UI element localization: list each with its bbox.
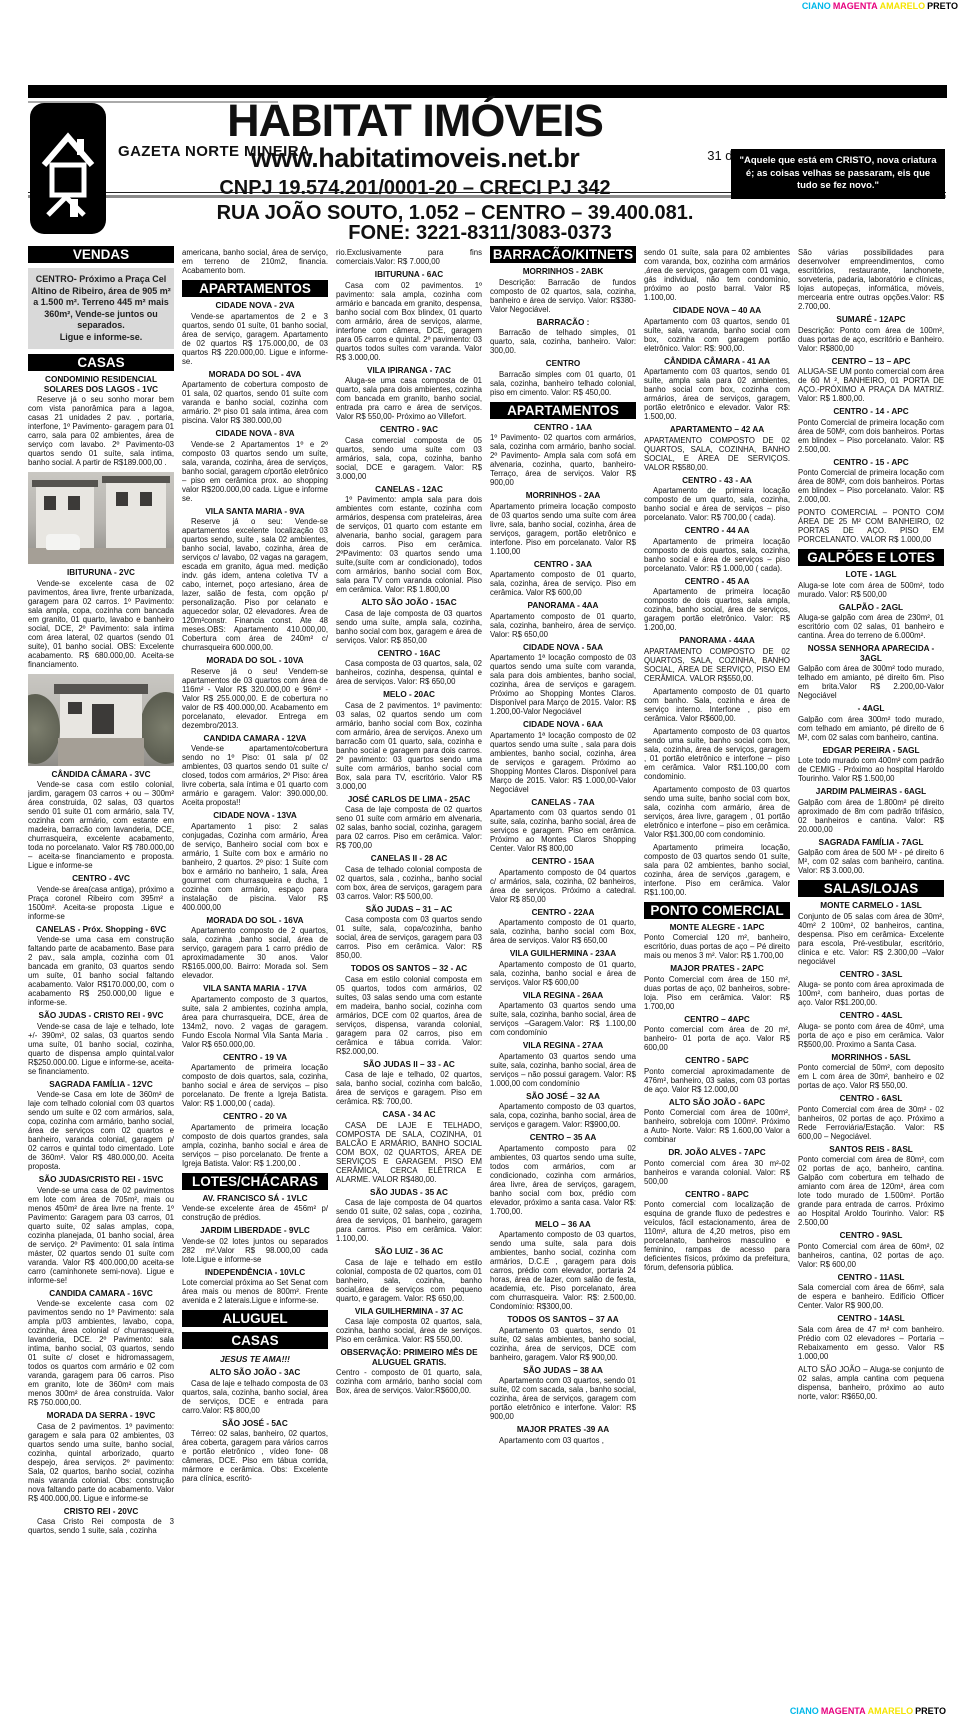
ad-body: CASA DE LAJE E TELHADO, COMPOSTA DE SALA… [336,1121,482,1184]
ad-title: SAGRADA FAMÍLIA - 7AGL [798,838,944,848]
classified-ad: ALTO SÃO JOÃO - 15ACCasa de laje compost… [336,598,482,645]
ad-body: Casa Cristo Rei composta de 3 quartos, s… [28,1517,174,1535]
classified-ad: MELO - 20ACCasa de 2 pavimentos. 1º pavi… [336,690,482,791]
classified-ad: VILA GUILHERMINA - 23AAApartamento compo… [490,949,636,987]
ad-body: Ponto Comercial com área de 150 m², duas… [644,975,790,1011]
columns: VENDASCENTRO- Próximo a Praça Cel Altino… [28,244,947,1706]
classified-ad: SANTOS REIS - 8ASLPonto comercial com ár… [798,1145,944,1228]
ad-title: CENTRO - 44 AA [644,526,790,536]
ad-title: CENTRO - 11ASL [798,1273,944,1283]
ad-body: Apartamento primeira locação composto de… [490,502,636,556]
classified-ad: CENTRO - 20 VAApartamento de primeira lo… [182,1112,328,1168]
column-1: VENDASCENTRO- Próximo a Praça Cel Altino… [28,244,174,1706]
classified-ad: CIDADE NOVA - 13VAApartamento 1 piso: 2 … [182,811,328,912]
registration-word: MAGENTA [833,1,878,11]
classified-ad: EDGAR PEREIRA - 5AGLLote todo murado com… [798,746,944,784]
ad-title: TODOS OS SANTOS – 32 - AC [336,964,482,974]
classified-ad: SÃO JUDAS - CRISTO REI - 9VCVende-se cas… [28,1011,174,1076]
ad-body: Vende-se casa de laje e telhado, lote +/… [28,1022,174,1076]
classified-ad: CENTRO – 35 AAApartamento composto para … [490,1133,636,1216]
ad-body: Descrição: Ponto com área de 100m², duas… [798,326,944,353]
classified-ad: CANELAS II - 28 ACCasa de telhado coloni… [336,854,482,901]
ad-title: CENTRO - 9ASL [798,1231,944,1241]
ad-title: CANDIDA CAMARA - 12VA [182,734,328,744]
ad-body: Ponto comercial com área 30 m²-02 banhei… [644,1159,790,1186]
ad-body: Térreo: 02 salas, banheiro, 02 quartos, … [182,1429,328,1483]
ad-body: Vende-se área(casa antiga), próximo a Pr… [28,885,174,921]
ad-body: Vende-se apartamentos de 2 e 3 quartos, … [182,312,328,366]
registration-word: CIANO [790,1706,819,1716]
ad-title: SÃO JUDAS – 31 – AC [336,905,482,915]
classified-ad: IBITURUNA - 2VCVende-se excelente casa d… [28,568,174,669]
classified-ad: CENTRO - 43 - AAApartamento de primeira … [644,476,790,523]
registration-word: AMARELO [868,1706,914,1716]
ad-title: CANELAS - 7AA [490,798,636,808]
agency-website: www.habitatimoveis.net.br [115,143,715,174]
classified-ad: CIDADE NOVA – 40 AAApartamento com 03 qu… [644,306,790,353]
registration-word: AMARELO [880,1,926,11]
ad-body: Casa de 2 pavimentos. 1º pavimento: gara… [28,1422,174,1503]
classified-ad: CENTRO - 4VCVende-se área(casa antiga), … [28,874,174,921]
ad-body: Apartamento composto de 04 quartos c/ ar… [490,868,636,904]
ad-body: Ponto Comercial com área de 100m², banhe… [644,1108,790,1144]
ad-title: SÃO JOSÉ - 5AC [182,1419,328,1429]
ad-title: SÃO JUDAS - CRISTO REI - 9VC [28,1011,174,1021]
ad-body: Casa em estilo colonial composta em 05 q… [336,975,482,1056]
ad-title: CIDADE NOVA – 40 AA [644,306,790,316]
ad-body: Reserve já o seu sonho morar bem com vis… [28,395,174,467]
classified-ad: VILA IPIRANGA - 7ACAluga-se uma casa com… [336,366,482,422]
ad-body: Centro - composto de 01 quarto, sala, co… [336,1368,482,1395]
classified-ad: CENTRO - 19 VAApartamento de primeira lo… [182,1053,328,1109]
ad-title: ALTO SÃO JOÃO - 15AC [336,598,482,608]
ad-body: Ponto Comercial de primeira locação com … [798,418,944,454]
ad-body: Apartamento composto de 03 quartos, send… [490,1230,636,1311]
classified-ad: SÃO JUDAS – 31 – ACCasa composta com 03 … [336,905,482,961]
classified-ad: CÂNDIDA CÂMARA - 41 AAApartamento com 03… [644,357,790,422]
ad-body: Galpão com área 300m² todo murado, com t… [798,715,944,742]
ad-title: PANORAMA - 44AA [644,636,790,646]
ad-title: CENTRO - 14ASL [798,1314,944,1324]
classified-ad: CANDIDA CAMARA - 16VCVende-se excelente … [28,1289,174,1408]
registration-word: MAGENTA [821,1706,866,1716]
ad-title: CENTRO - 9AC [336,425,482,435]
ad-title: PANORAMA - 4AA [490,601,636,611]
ad-body: Conjunto de 05 salas com área de 30m², 4… [798,912,944,966]
ad-body: Lote comercial próxima ao Set Senat com … [182,1278,328,1305]
ad-body: Apartamento 1ª locação composto de 03 qu… [490,653,636,716]
classified-ad: TODOS OS SANTOS – 32 - ACCasa em estilo … [336,964,482,1056]
ad-title: IBITURUNA - 2VC [28,568,174,578]
classified-ad: MORADA DO SOL - 10VAReserve já o seu! Ve… [182,656,328,730]
ad-body: Ponto comercial com área de 80m², com 02… [798,1155,944,1227]
ad-title: CIDADE NOVA - 5AA [490,643,636,653]
ad-title: MONTE ALEGRE - 1APC [644,923,790,933]
ad-title: APARTAMENTO – 42 AA [644,425,790,435]
classified-ad: MELO – 36 AAApartamento composto de 03 q… [490,1220,636,1312]
classified-ad: CONDOMINIO RESIDENCIAL SOLARES DOS LAGOS… [28,375,174,467]
ad-body: Vende-se Casa em lote de 360m² de laje c… [28,1090,174,1171]
classified-ad: ALTO SÃO JOÃO - 6APCPonto Comercial com … [644,1098,790,1145]
classified-ad: CANELAS - 7AAApartamento com 03 quartos … [490,798,636,854]
ad-body: Casa de telhado colonial composta de 02 … [336,865,482,901]
ad-body: Ponto Comercial 120 m², banheiro, escrit… [644,933,790,960]
ad-body: Vende-se uma casa em construção faltando… [28,935,174,1007]
classified-ad: CENTRO - 22AAApartamento composto de 01 … [490,908,636,946]
ad-body: Apartamento 1ª locação composto de 02 qu… [490,731,636,794]
classified-ad: SÃO JOSÉ – 32 AAApartamento composto de … [490,1092,636,1130]
classified-ad: SÃO JUDAS – 38 AAApartamento com 03 quar… [490,1366,636,1422]
ad-body: Casa comercial composta de 05 quartos, s… [336,436,482,481]
ad-title: SÃO JUDAS - 35 AC [336,1188,482,1198]
classified-ad: LOTE - 1AGLAluga-se lote com área de 500… [798,570,944,599]
ad-title: MORRINHOS - 2AA [490,491,636,501]
ad-title: CENTRO - 3AA [490,560,636,570]
ad-body: Apartamento com 03 quartos sendo 01 suit… [490,808,636,853]
ad-body: Vende-se excelente casa com 02 pavimento… [28,1299,174,1407]
ad-body: Apartamento 1 piso: 2 salas conjugadas, … [182,822,328,912]
ad-body-continuation: americana, banho social, área de serviço… [182,248,328,275]
ad-title: JARDIM PALMEIRAS - 6AGL [798,787,944,797]
ad-body: Apartamento composto de 01 quarto, sala,… [490,918,636,945]
ad-title: CENTRO - 8APC [644,1190,790,1200]
classified-ad: OBSERVAÇÃO: PRIMEIRO MÊS DE ALUGUEL GRAT… [336,1348,482,1395]
classified-ad: CENTRO - 1AA1º Pavimento- 02 quartos com… [490,423,636,488]
ad-body: Apartamento 03 quartos, sendo 01 suíte, … [490,1326,636,1362]
classified-ad: IBITURUNA - 6ACCasa com 02 pavimentos. 1… [336,270,482,362]
ad-title: CENTRO – 35 AA [490,1133,636,1143]
ad-title: SÃO JOSÉ – 32 AA [490,1092,636,1102]
section-header: CASAS [28,354,174,371]
ad-title: INDEPENDÊNCIA - 10VLC [182,1268,328,1278]
ad-title: CENTRO - 20 VA [182,1112,328,1122]
classified-ad: MONTE ALEGRE - 1APCPonto Comercial 120 m… [644,923,790,961]
ad-title: CENTRO - 15 - APC [798,458,944,468]
classified-ad: CENTRO - 9ASLPonto Comercial com área de… [798,1231,944,1269]
house-icon [30,103,106,234]
ad-body: Reserve já o seu! Vendem-se apartamentos… [182,667,328,730]
ad-title: CENTRO - 4VC [28,874,174,884]
ad-body: Aluga-se uma casa composta de 01 quarto,… [336,376,482,421]
column-5: sendo 01 suíte, sala para 02 ambientes c… [644,244,790,1706]
section-header: PONTO COMERCIAL [644,902,790,919]
ad-body: Apartamento com 03 quartos, sendo 01 suí… [644,367,790,421]
ad-body-continuation: Apartamento primeira locação, composto d… [644,843,790,897]
ad-title: CENTRO – 13 – APC [798,357,944,367]
ad-body: Vende-se apartamento/cobertura sendo no … [182,744,328,807]
ad-body: APARTAMENTO COMPOSTO DE 02 QUARTOS, SALA… [644,647,790,683]
classified-ad: CIDADE NOVA - 8VAVende-se 2 Apartamentos… [182,429,328,503]
ad-title: VILA REGINA - 27AA [490,1041,636,1051]
classified-ad: SUMARÉ - 12APCDescrição: Ponto com área … [798,315,944,353]
classified-ad: PANORAMA - 4AAApartamento composto de 01… [490,601,636,639]
ad-body: Apartamento composto de 01 quarto, sala,… [490,612,636,639]
ad-title: CENTRO - 1AA [490,423,636,433]
ad-title: IBITURUNA - 6AC [336,270,482,280]
ad-body: Galpão com área de 300m² todo murado, te… [798,664,944,700]
ad-title: CIDADE NOVA - 2VA [182,301,328,311]
ad-title: SANTOS REIS - 8ASL [798,1145,944,1155]
ad-body: Vende-se uma casa de 02 pavimentos em lo… [28,1186,174,1285]
ad-title: OBSERVAÇÃO: PRIMEIRO MÊS DE ALUGUEL GRAT… [336,1348,482,1367]
column-2: americana, banho social, área de serviço… [182,244,328,1706]
ad-body: 1º Pavimento: ampla sala para dois ambie… [336,495,482,594]
classified-ad: SÃO JUDAS II – 33 - ACCasa de laje e tel… [336,1060,482,1107]
ad-body: Apartamento de primeira locação composto… [182,1123,328,1168]
ad-title: DR. JOÃO ALVES - 7APC [644,1148,790,1158]
ad-title: MORRINHOS - 5ASL [798,1053,944,1063]
classified-ad: ALTO SÃO JOÃO - 3ACCasa de laje e telhad… [182,1368,328,1415]
classified-ad: CENTRO - 44 AAApartamento de primeira lo… [644,526,790,573]
ad-title: MAJOR PRATES -39 AA [490,1425,636,1435]
ad-title: MORADA DO SOL - 16VA [182,916,328,926]
agency-cnpj-creci: CNPJ 19.574.201/0001-20 – CRECI PJ 342 [115,177,715,200]
agency-phone: FONE: 3221-8311/3083-0373 [200,222,760,245]
classified-ad: CENTRO - 15 - APCPonto Comercial de prim… [798,458,944,505]
ad-title: SUMARÉ - 12APC [798,315,944,325]
condo-houses-photo [28,472,174,564]
classified-ad: MAJOR PRATES - 2APCPonto Comercial com á… [644,964,790,1011]
ad-title: CIDADE NOVA - 8VA [182,429,328,439]
ad-body: Vende-se casa com estilo colonial, jardi… [28,780,174,870]
bible-quote-box: "Aquele que está em CRISTO, nova criatur… [731,149,945,199]
ad-body: Lote todo murado com 400m² com padrão de… [798,756,944,783]
ad-body: Apartamento de primeira locação composto… [644,587,790,632]
classified-ad: CIDADE NOVA - 6AAApartamento 1ª locação … [490,720,636,794]
ad-title: CENTRO - 4ASL [798,1011,944,1021]
classified-ad: MORRINHOS - 2ABKDescrição: Barracão de f… [490,267,636,314]
classified-ad: JARDIM PALMEIRAS - 6AGLGalpão com área d… [798,787,944,834]
ad-title: MORADA DA SERRA - 19VC [28,1411,174,1421]
ad-title: CENTRO - 6ASL [798,1094,944,1104]
classified-ad: MONTE CARMELO - 1ASLConjunto de 05 salas… [798,901,944,966]
classified-ad: CENTRO - 45 AAApartamento de primeira lo… [644,577,790,633]
section-header: BARRACÃO/KITNETS [490,246,636,263]
ad-body: Apartamento de primeira locação composto… [644,537,790,573]
ad-title: CENTRO - 22AA [490,908,636,918]
classified-ad: SÃO LUIZ - 36 ACCasa de laje e telhado e… [336,1247,482,1303]
ad-title: CIDADE NOVA - 13VA [182,811,328,821]
classified-ad: SÃO JUDAS/CRISTO REI - 15VCVende-se uma … [28,1175,174,1285]
classified-ad: MORRINHOS - 2AAApartamento primeira loca… [490,491,636,556]
classified-ad: CASA - 34 ACCASA DE LAJE E TELHADO, COMP… [336,1110,482,1184]
ad-body: Vende-se 02 lotes juntos ou separados 28… [182,1237,328,1264]
classified-ad: BARRACÃO :Barracão de telhado simples, 0… [490,318,636,356]
classified-ad: MAJOR PRATES -39 AAApartamento com 03 qu… [490,1425,636,1445]
section-header: GALPÕES E LOTES [798,549,944,566]
ad-body: Aluga- se ponto com área de 40m², uma po… [798,1022,944,1049]
ad-title: CENTRO - 43 - AA [644,476,790,486]
ad-title: CENTRO - 5APC [644,1056,790,1066]
classified-ad: CENTRO - 4ASLAluga- se ponto com área de… [798,1011,944,1049]
ad-body: Casa de laje composta de 02 quartos seno… [336,805,482,850]
classified-ad: CENTRO - 3AAApartamento composto de 01 q… [490,560,636,598]
ad-body: Apartamento 03 quartos sendo uma suíte, … [490,1001,636,1037]
classified-ad: CENTRO - 9ACCasa comercial composta de 0… [336,425,482,481]
slogan-line: JESUS TE AMA!!! [182,1354,328,1364]
classified-ad: CANELAS - Próx. Shopping - 6VCVende-se u… [28,925,174,1008]
ad-title: LOTE - 1AGL [798,570,944,580]
classified-ad: CENTRO - 8APCPonto comercial com localiz… [644,1190,790,1273]
ad-title: VILA SANTA MARIA - 9VA [182,507,328,517]
classified-ad: CENTRO - 14 - APCPonto Comercial de prim… [798,407,944,454]
section-header: SALAS/LOJAS [798,880,944,897]
ad-title: VILA GUILHERMINA - 23AA [490,949,636,959]
ad-title: MONTE CARMELO - 1ASL [798,901,944,911]
ad-body-continuation: Apartamento composto de 03 quartos sendo… [644,727,790,781]
ad-body-continuation: sendo 01 suíte, sala para 02 ambientes c… [644,248,790,302]
ad-title: VILA SANTA MARIA - 17VA [182,984,328,994]
classified-ad: CIDADE NOVA - 2VAVende-se apartamentos d… [182,301,328,366]
ad-title: GALPÃO - 2AGL [798,603,944,613]
classified-ad: CRISTO REI - 20VCCasa Cristo Rei compost… [28,1507,174,1536]
classified-ad: MORRINHOS - 5ASLPonto comercial de 50m²,… [798,1053,944,1091]
ad-body: Apartamento composto de 03 quartos, sala… [490,1102,636,1129]
ad-body: Casa de laje composta de 03 quartos send… [336,609,482,645]
ad-body: Galpão com área de 1.800m² pé direito ap… [798,798,944,834]
column-6: São várias possibilidades para desenvolv… [798,244,944,1706]
ad-body: Aluga-se galpão com área de 230m², 01 es… [798,613,944,640]
color-registration-bottom: CIANOMAGENTAAMARELOPRETO [788,1706,946,1716]
ad-body-continuation: ALTO SÃO JOÃO – Aluga-se conjunto de 02 … [798,1365,944,1401]
classified-ad: CENTRO - 16ACCasa composta de 03 quartos… [336,649,482,687]
section-header: CASAS [182,1332,328,1349]
ad-body: Ponto comercial de 50m², com deposito em… [798,1063,944,1090]
ad-title: SÃO JUDAS/CRISTO REI - 15VC [28,1175,174,1185]
ad-body: Galpão com área de 500 M² - pé direito 6… [798,848,944,875]
color-registration-top: CIANOMAGENTAAMARELOPRETO [800,1,958,11]
ad-body: Ponto comercial com localização de esqui… [644,1200,790,1272]
ad-body: Apartamento composto de 3 quartos, suite… [182,995,328,1049]
ad-body: Apartamento de primeira locação composto… [182,1063,328,1108]
ad-title: MORADA DO SOL - 10VA [182,656,328,666]
classified-ad: CENTRO - 5APCPonto comercial aproximadam… [644,1056,790,1094]
ad-title: BARRACÃO : [490,318,636,328]
ad-body: ALUGA-SE UM ponto comercial com área de … [798,367,944,403]
ad-body: Apartamento com 03 quartos , [490,1436,636,1445]
ad-title: TODOS OS SANTOS – 37 AA [490,1315,636,1325]
classified-ad: GALPÃO - 2AGLAluga-se galpão com área de… [798,603,944,641]
ad-body: Ponto Comercial de primeira locação com … [798,468,944,504]
ad-title: EDGAR PEREIRA - 5AGL [798,746,944,756]
ad-title: CENTRO [490,359,636,369]
ad-body: Reserve já o seu: Vende-se apartamentos … [182,517,328,652]
ad-body: Vende-se excelente casa de 02 pavimentos… [28,579,174,669]
ad-title: VILA REGINA - 26AA [490,991,636,1001]
ad-body: Ponto Comercial com área de 60m², 02 ban… [798,1242,944,1269]
ad-title: MELO - 20AC [336,690,482,700]
classified-ad: SAGRADA FAMÍLIA - 12VCVende-se Casa em l… [28,1080,174,1172]
classified-ad: JOSÉ CARLOS DE LIMA - 25ACCasa de laje c… [336,795,482,851]
ad-body: Sala comercial com área de 66m², sala de… [798,1283,944,1310]
classified-ad: PANORAMA - 44AAAPARTAMENTO COMPOSTO DE 0… [644,636,790,683]
ad-title: CANELAS II - 28 AC [336,854,482,864]
classified-ad: CANELAS - 12AC1º Pavimento: ampla sala p… [336,485,482,595]
classified-ad: NOSSA SENHORA APARECIDA - 3AGLGalpão com… [798,644,944,700]
classified-ad: VILA SANTA MARIA - 9VAReserve já o seu: … [182,507,328,653]
classified-ad: TODOS OS SANTOS – 37 AAApartamento 03 qu… [490,1315,636,1362]
ad-title: CENTRO – 4APC [644,1015,790,1025]
ad-title: JARDIM LIBERDADE - 9VLC [182,1226,328,1236]
highlight-notice: CENTRO- Próximo a Praça Cel Altino de Ri… [28,268,174,349]
ad-body-continuation: Apartamento composto de 03 quartos sendo… [644,785,790,839]
ad-title: CANELAS - 12AC [336,485,482,495]
ad-title: CENTRO - 14 - APC [798,407,944,417]
ad-title: CENTRO - 19 VA [182,1053,328,1063]
ad-body: Casa de laje e telhado em estilo colonia… [336,1258,482,1303]
classified-ad: VILA GUILHERMINA - 37 ACCasa laje compos… [336,1307,482,1345]
ad-title: CENTRO - 45 AA [644,577,790,587]
ad-title: CANDIDA CAMARA - 16VC [28,1289,174,1299]
ad-title: ALTO SÃO JOÃO - 3AC [182,1368,328,1378]
ad-title: CÂNDIDA CÂMARA - 3VC [28,770,174,780]
column-4: BARRACÃO/KITNETSMORRINHOS - 2ABKDescriçã… [490,244,636,1706]
registration-word: PRETO [915,1706,946,1716]
classified-ad: SAGRADA FAMÍLIA - 7AGLGalpão com área de… [798,838,944,876]
ad-body-continuation: PONTO COMERCIAL – PONTO COM ÁREA DE 25 M… [798,508,944,544]
ad-title: CÂNDIDA CÂMARA - 41 AA [644,357,790,367]
ad-title: MORADA DO SOL - 4VA [182,370,328,380]
classified-ad: CENTROBarracão simples com 01 quarto, 01… [490,359,636,397]
ad-title: SÃO JUDAS – 38 AA [490,1366,636,1376]
classified-ad: MORADA DO SOL - 16VAApartamento composto… [182,916,328,981]
ad-title: VILA GUILHERMINA - 37 AC [336,1307,482,1317]
ad-body: Apartamento composto de 01 quarto, sala,… [490,570,636,597]
section-header: VENDAS [28,246,174,263]
classified-ad: CANDIDA CAMARA - 12VAVende-se apartament… [182,734,328,808]
ad-title: NOSSA SENHORA APARECIDA - 3AGL [798,644,944,663]
ad-title: SÃO LUIZ - 36 AC [336,1247,482,1257]
classified-ad: APARTAMENTO – 42 AAAPARTAMENTO COMPOSTO … [644,425,790,472]
ad-title: SAGRADA FAMÍLIA - 12VC [28,1080,174,1090]
ad-title: CRISTO REI - 20VC [28,1507,174,1517]
ad-body: Ponto comercial aproximadamente de 476m²… [644,1067,790,1094]
ad-body: Casa de 2 pavimentos. 1º pavimento: 03 s… [336,701,482,791]
ad-body: Ponto Comercial com área de 30m² - 02 ba… [798,1105,944,1141]
section-header: ALUGUEL [182,1310,328,1327]
ad-body: Apartamento com 03 quartos, sendo 01 suí… [490,1376,636,1421]
ad-title: CENTRO - 3ASL [798,970,944,980]
registration-word: PRETO [927,1,958,11]
ad-body: 1º Pavimento- 02 quartos com armários, s… [490,433,636,487]
ad-body: Casa composta de 03 quartos, sala, 02 ba… [336,659,482,686]
ad-title: SÃO JUDAS II – 33 - AC [336,1060,482,1070]
ad-title: CENTRO - 16AC [336,649,482,659]
classified-ad: CENTRO - 15AAApartamento composto de 04 … [490,857,636,904]
ad-title: CASA - 34 AC [336,1110,482,1120]
classified-ad: CÂNDIDA CÂMARA - 3VCVende-se casa com es… [28,770,174,871]
ad-body: Barracão simples com 01 quarto, 01 sala,… [490,370,636,397]
ad-body: Casa de laje e telhado, 02 quartos, sala… [336,1070,482,1106]
classified-ad: VILA SANTA MARIA - 17VAApartamento compo… [182,984,328,1049]
ad-title: JOSÉ CARLOS DE LIMA - 25AC [336,795,482,805]
classified-ad: AV. FRANCISCO SÁ - 1VLCVende-se excelent… [182,1194,328,1223]
ad-title: CONDOMINIO RESIDENCIAL SOLARES DOS LAGOS… [28,375,174,394]
classified-ad: CENTRO - 3ASLAluga- se ponto com área ap… [798,970,944,1008]
ad-body: Casa com 02 pavimentos. 1º pavimento: sa… [336,281,482,362]
ad-title: CIDADE NOVA - 6AA [490,720,636,730]
ad-body: Ponto comercial com área de 20 m², banhe… [644,1025,790,1052]
ad-body: Vende-se excelente área de 456m² p/ cons… [182,1204,328,1222]
ad-title: - 4AGL [798,704,944,714]
ad-body: Apartamento de cobertura composto de 01 … [182,380,328,425]
agency-name: HABITAT IMÓVEIS [115,98,715,144]
ad-body: Aluga- se ponto com área aproximada de 1… [798,980,944,1007]
ad-body: Aluga-se lote com área de 500m², todo mu… [798,581,944,599]
ad-body: Barracão de telhado simples, 01 quarto, … [490,328,636,355]
ad-body-continuation: rio.Exclusivamente para fins comerciais.… [336,248,482,266]
classified-ad: CIDADE NOVA - 5AAApartamento 1ª locação … [490,643,636,717]
